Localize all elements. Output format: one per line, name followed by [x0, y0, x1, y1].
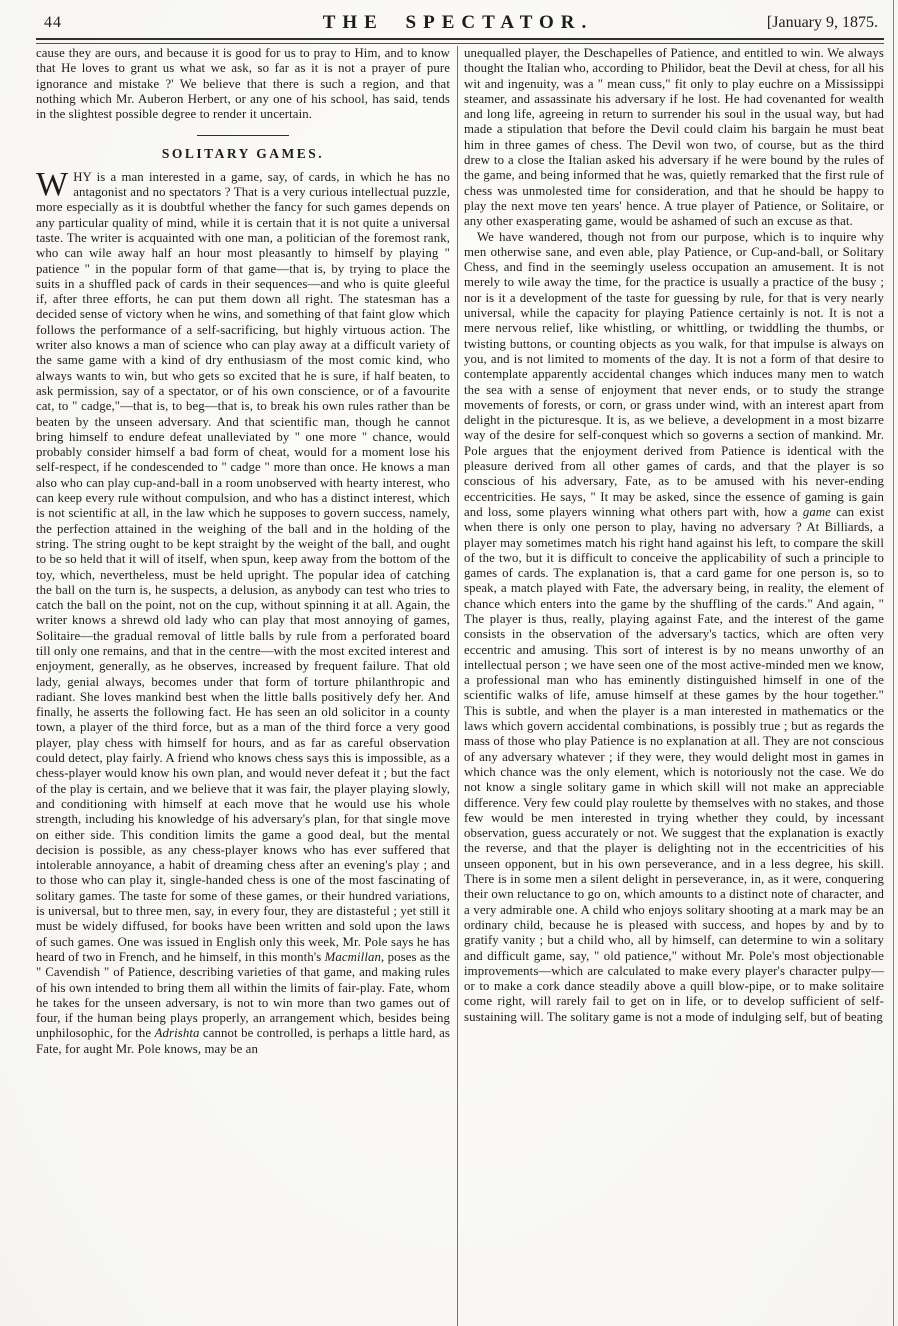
- newspaper-page: 44 THE SPECTATOR. [January 9, 1875. caus…: [0, 0, 898, 1326]
- article-second-paragraph: We have wandered, though not from our pu…: [464, 230, 884, 1025]
- article-title: SOLITARY GAMES.: [36, 146, 450, 161]
- column-divider-rule: [457, 46, 458, 1326]
- previous-article-ending: cause they are ours, and because it is g…: [36, 46, 450, 122]
- left-column: cause they are ours, and because it is g…: [36, 46, 450, 1326]
- header-rule: [36, 38, 884, 44]
- article-text-left: HY is a man interested in a game, say, o…: [36, 170, 450, 1056]
- section-divider-rule: [197, 135, 289, 136]
- issue-date: [January 9, 1875.: [767, 14, 878, 32]
- drop-cap: W: [36, 170, 73, 198]
- page-header: 44 THE SPECTATOR. [January 9, 1875.: [36, 10, 880, 36]
- right-column: unequalled player, the Deschapelles of P…: [464, 46, 884, 1326]
- article-opening-paragraph: WHY is a man interested in a game, say, …: [36, 170, 450, 1057]
- article-columns: cause they are ours, and because it is g…: [36, 46, 884, 1326]
- masthead-title: THE SPECTATOR.: [36, 12, 880, 34]
- article-text-right-continuation: unequalled player, the Deschapelles of P…: [464, 46, 884, 230]
